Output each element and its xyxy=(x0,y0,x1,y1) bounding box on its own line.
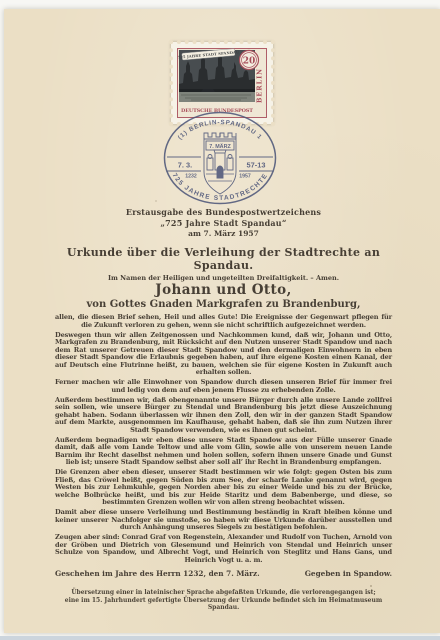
stamp-denomination-value: 20 xyxy=(243,57,256,67)
issue-note-line1: Erstausgabe des Bundespostwertzeichens xyxy=(55,207,392,218)
document-paragraph: Die Grenzen aber eben dieser, unserer St… xyxy=(55,469,392,507)
svg-text:(1) BERLIN-SPANDAU 1: (1) BERLIN-SPANDAU 1 xyxy=(177,119,264,141)
postmark-oval xyxy=(165,113,276,204)
charter-body: allen, die diesen Brief sehen, Heil und … xyxy=(55,314,392,564)
document-paragraph: allen, die diesen Brief sehen, Heil und … xyxy=(55,314,392,329)
stamp-region-label: BERLIN xyxy=(256,68,264,103)
document-paragraph: Ferner machen wir alle Einwohner von Spa… xyxy=(55,379,392,394)
closing-date-place-left: Geschehen im Jahre des Herrn 1232, den 7… xyxy=(55,569,260,578)
postmark-date-left: 7. 3. xyxy=(178,161,192,170)
issue-note-line3: am 7. März 1957 xyxy=(55,229,392,239)
invocation-line: Im Namen der Heiligen und ungeteilten Dr… xyxy=(55,274,392,282)
document-paragraph: Zeugen aber sind: Conrad Graf von Regens… xyxy=(55,534,392,564)
document-paragraph: Außerdem bestimmen wir, daß obengenannte… xyxy=(55,397,392,435)
document-title: Urkunde über die Verleihung der Stadtrec… xyxy=(55,246,392,272)
issue-note-line2: „725 Jahre Stadt Spandau“ xyxy=(55,218,392,229)
issuer-names: Johann und Otto, xyxy=(55,283,392,298)
postmark-top-arc: (1) BERLIN-SPANDAU 1 xyxy=(177,119,264,141)
postmark-year-right: 1957 xyxy=(239,174,251,180)
document-paragraph: Außerdem begnadigen wir eben diese unser… xyxy=(55,437,392,467)
postmark: (1) BERLIN-SPANDAU 1 725 JAHRE STADTRECH… xyxy=(160,110,280,210)
footnote-line1: Übersetzung einer in lateinischer Sprach… xyxy=(55,589,392,597)
postmark-inner-date: 7. MÄRZ xyxy=(209,143,231,150)
closing-date-place-right: Gegeben in Spandow. xyxy=(305,569,392,578)
postmark-coat-of-arms-icon xyxy=(204,133,236,194)
stamp-denomination: 20 xyxy=(240,51,259,70)
scan-edge xyxy=(0,636,440,640)
translation-footnote: Übersetzung einer in lateinischer Sprach… xyxy=(55,589,392,612)
charter-text-column: Erstausgabe des Bundespostwertzeichens „… xyxy=(55,207,392,612)
issuer-title: von Gottes Gnaden Markgrafen zu Brandenb… xyxy=(55,299,392,311)
document-paragraph: Deswegen thun wir allen Zeitgenossen und… xyxy=(55,332,392,377)
footnote-line2: eine im 15. Jahrhundert gefertigte Übers… xyxy=(55,597,392,612)
paper-speck xyxy=(370,585,372,587)
document-paragraph: Damit aber diese unsere Verleihung und B… xyxy=(55,509,392,532)
postmark-year-left: 1232 xyxy=(185,174,197,180)
document-sheet: 725 JAHRE STADT SPANDAU 20 BERLIN DEUTSC… xyxy=(4,9,440,633)
paper-speck xyxy=(155,200,157,202)
postmark-date-right: 57-13 xyxy=(247,161,266,170)
closing-row: Geschehen im Jahre des Herrn 1232, den 7… xyxy=(55,569,392,578)
